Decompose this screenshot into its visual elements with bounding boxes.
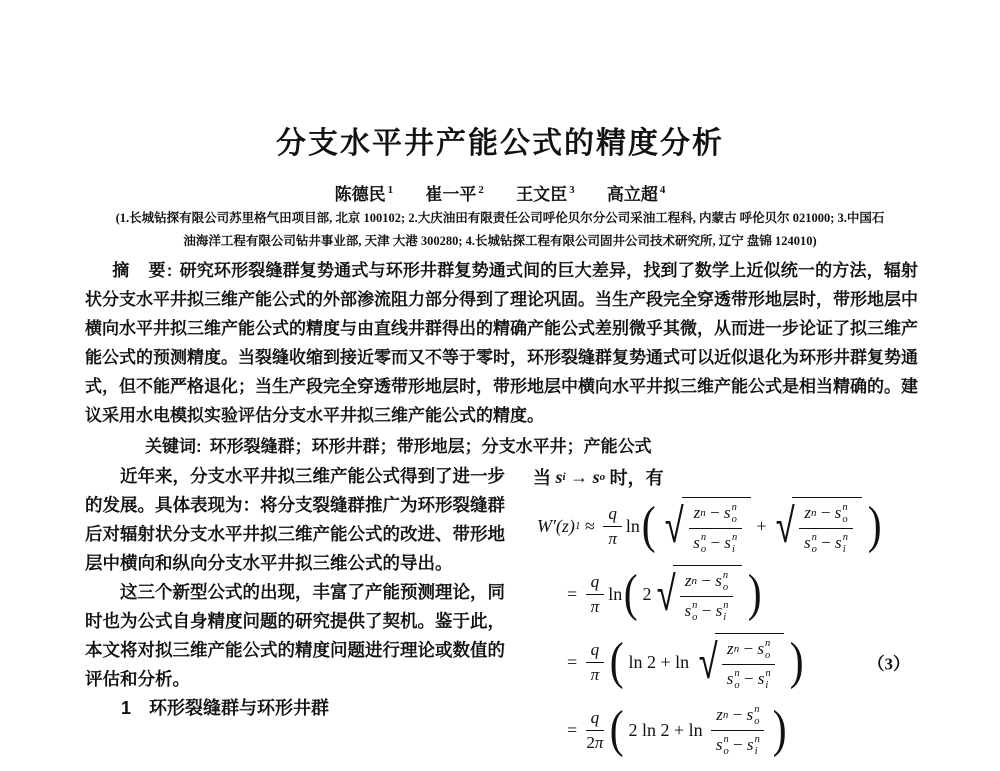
math-var: sno xyxy=(685,599,698,623)
math-var: W′(z)1 xyxy=(537,516,580,537)
math-paren: (2√zn − snosno − sni) xyxy=(622,565,763,622)
math-var: q xyxy=(608,504,617,524)
paragraph-1: 近年来，分支水平井拟三维产能公式得到了进一步的发展。具体表现为：将分支裂缝群推广… xyxy=(85,462,505,578)
math-var: sni xyxy=(835,531,848,555)
math-paren: (ln 2 + ln √zn − snosno − sni) xyxy=(608,633,805,690)
author-2: 崔一平2 xyxy=(425,185,484,204)
author-1: 陈德民1 xyxy=(335,185,394,204)
author-affil-mark: 2 xyxy=(478,184,484,196)
author-affil-mark: 3 xyxy=(569,184,575,196)
math-fraction: q2π xyxy=(586,708,605,753)
math-var: π xyxy=(608,529,617,549)
paper-title: 分支水平井产能公式的精度分析 xyxy=(0,118,1000,162)
math-text: 当 xyxy=(533,464,556,490)
author-name: 陈德民 xyxy=(335,185,386,204)
math-text: − xyxy=(816,503,834,523)
math-var: si xyxy=(556,467,566,488)
author-name: 高立超 xyxy=(607,185,658,204)
math-var: sno xyxy=(716,733,729,757)
math-text: − xyxy=(706,533,724,553)
math-text: + xyxy=(752,516,771,537)
math-var: sno xyxy=(757,637,770,661)
math-var: sni xyxy=(758,667,771,691)
abstract-text: 研究环形裂缝群复势通式与环形井群复势通式间的巨大差异，找到了数学上近似统一的方法… xyxy=(85,261,918,425)
affiliation-line-1: (1.长城钻探有限公司苏里格气田项目部, 北京 100102; 2.大庆油田有限… xyxy=(80,207,920,230)
math-var: zn xyxy=(694,503,706,523)
math-var: zn xyxy=(727,639,739,659)
math-var: π xyxy=(595,733,604,753)
math-var: sni xyxy=(724,531,737,555)
math-var: sno xyxy=(747,703,760,727)
equations-block: W′(z)1 ≈ qπln(√zn − snosno − sni + √zn −… xyxy=(533,492,918,764)
equation-line: = q2π(2 ln 2 + ln zn − snosno − sni) xyxy=(567,696,918,764)
math-var: sno xyxy=(715,569,728,593)
math-var: q xyxy=(591,640,600,660)
equation-line: = qπln(2√zn − snosno − sni) xyxy=(567,560,918,628)
math-var: q xyxy=(591,708,600,728)
author-name: 崔一平 xyxy=(425,185,476,204)
right-column: 当 si → so 时，有 W′(z)1 ≈ qπln(√zn − snosno… xyxy=(533,462,918,764)
affiliation-line-2: 油海洋工程有限公司钻井事业部, 天津 大港 300280; 4.长城钻探工程有限… xyxy=(80,230,920,253)
author-4: 高立超4 xyxy=(607,185,666,204)
authors-line: 陈德民1 崔一平2 王文臣3 高立超4 xyxy=(0,180,1000,205)
math-var: sno xyxy=(835,501,848,525)
math-var: so xyxy=(593,467,606,488)
math-text: = xyxy=(567,584,582,605)
math-text: − xyxy=(739,639,757,659)
math-text: 2 ln 2 + ln xyxy=(629,720,708,741)
math-fraction: qπ xyxy=(586,572,605,617)
abstract-label: 摘 要: xyxy=(112,261,173,280)
equation-intro: 当 si → so 时，有 xyxy=(533,462,918,492)
math-text: − xyxy=(728,705,746,725)
math-text: − xyxy=(817,533,835,553)
paper-page: 分支水平井产能公式的精度分析 陈德民1 崔一平2 王文臣3 高立超4 (1.长城… xyxy=(0,0,1000,771)
math-paren: (√zn − snosno − sni + √zn − snosno − sni… xyxy=(640,497,883,554)
author-affil-mark: 4 xyxy=(660,184,666,196)
math-var: sno xyxy=(727,667,740,691)
abstract: 摘 要:研究环形裂缝群复势通式与环形井群复势通式间的巨大差异，找到了数学上近似统… xyxy=(85,256,918,430)
math-radical: √zn − snosno − sni xyxy=(661,497,751,554)
math-var: zn xyxy=(716,705,728,725)
math-fraction: zn − snosno − sni xyxy=(689,501,742,554)
math-fraction: zn − snosno − sni xyxy=(722,637,775,690)
math-fraction: qπ xyxy=(603,504,622,549)
math-var: sno xyxy=(724,501,737,525)
equation-line: = qπ(ln 2 + ln √zn − snosno − sni)（3） xyxy=(567,628,918,696)
math-radical: √zn − snosno − sni xyxy=(695,633,785,690)
math-var: π xyxy=(591,597,600,617)
math-text: → xyxy=(566,467,593,488)
math-var: sno xyxy=(804,531,817,555)
author-3: 王文臣3 xyxy=(516,185,575,204)
math-text: ln xyxy=(626,516,640,537)
math-fraction: zn − snosno − sni xyxy=(680,569,733,622)
math-text: − xyxy=(729,735,747,755)
math-var: zn xyxy=(804,503,816,523)
math-text: ≈ xyxy=(580,516,599,537)
math-text: − xyxy=(706,503,724,523)
math-radical: √zn − snosno − sni xyxy=(653,565,743,622)
math-text: − xyxy=(697,571,715,591)
math-var: q xyxy=(591,572,600,592)
math-radical: √zn − snosno − sni xyxy=(772,497,862,554)
left-column: 近年来，分支水平井拟三维产能公式得到了进一步的发展。具体表现为：将分支裂缝群推广… xyxy=(85,462,505,723)
math-text: ln xyxy=(608,584,622,605)
math-text: 2 xyxy=(586,733,595,753)
affiliations: (1.长城钻探有限公司苏里格气田项目部, 北京 100102; 2.大庆油田有限… xyxy=(80,207,920,253)
keywords-text: 环形裂缝群；环形井群；带形地层；分支水平井；产能公式 xyxy=(210,437,652,456)
math-var: sno xyxy=(693,531,706,555)
math-var: π xyxy=(591,665,600,685)
equation-line: W′(z)1 ≈ qπln(√zn − snosno − sni + √zn −… xyxy=(537,492,918,560)
section-heading-1: 1 环形裂缝群与环形井群 xyxy=(85,694,505,723)
math-text: 时，有 xyxy=(605,464,664,490)
math-text: − xyxy=(740,669,758,689)
keywords-label: 关键词: xyxy=(145,437,202,456)
equation-number: （3） xyxy=(868,650,911,675)
math-text: ln 2 + ln xyxy=(629,652,694,673)
math-text: = xyxy=(567,720,582,741)
math-var: sni xyxy=(716,599,729,623)
paragraph-2: 这三个新型公式的出现，丰富了产能预测理论，同时也为公式自身精度问题的研究提供了契… xyxy=(85,578,505,694)
math-text: = xyxy=(567,652,582,673)
math-var: zn xyxy=(685,571,697,591)
math-fraction: zn − snosno − sni xyxy=(711,703,764,756)
math-fraction: qπ xyxy=(586,640,605,685)
math-text: 2 xyxy=(643,584,652,605)
author-name: 王文臣 xyxy=(516,185,567,204)
math-fraction: zn − snosno − sni xyxy=(799,501,852,554)
keywords: 关键词:环形裂缝群；环形井群；带形地层；分支水平井；产能公式 xyxy=(145,432,925,457)
math-text: − xyxy=(697,601,715,621)
author-affil-mark: 1 xyxy=(388,184,394,196)
math-var: sni xyxy=(747,733,760,757)
math-paren: (2 ln 2 + ln zn − snosno − sni) xyxy=(608,703,789,756)
